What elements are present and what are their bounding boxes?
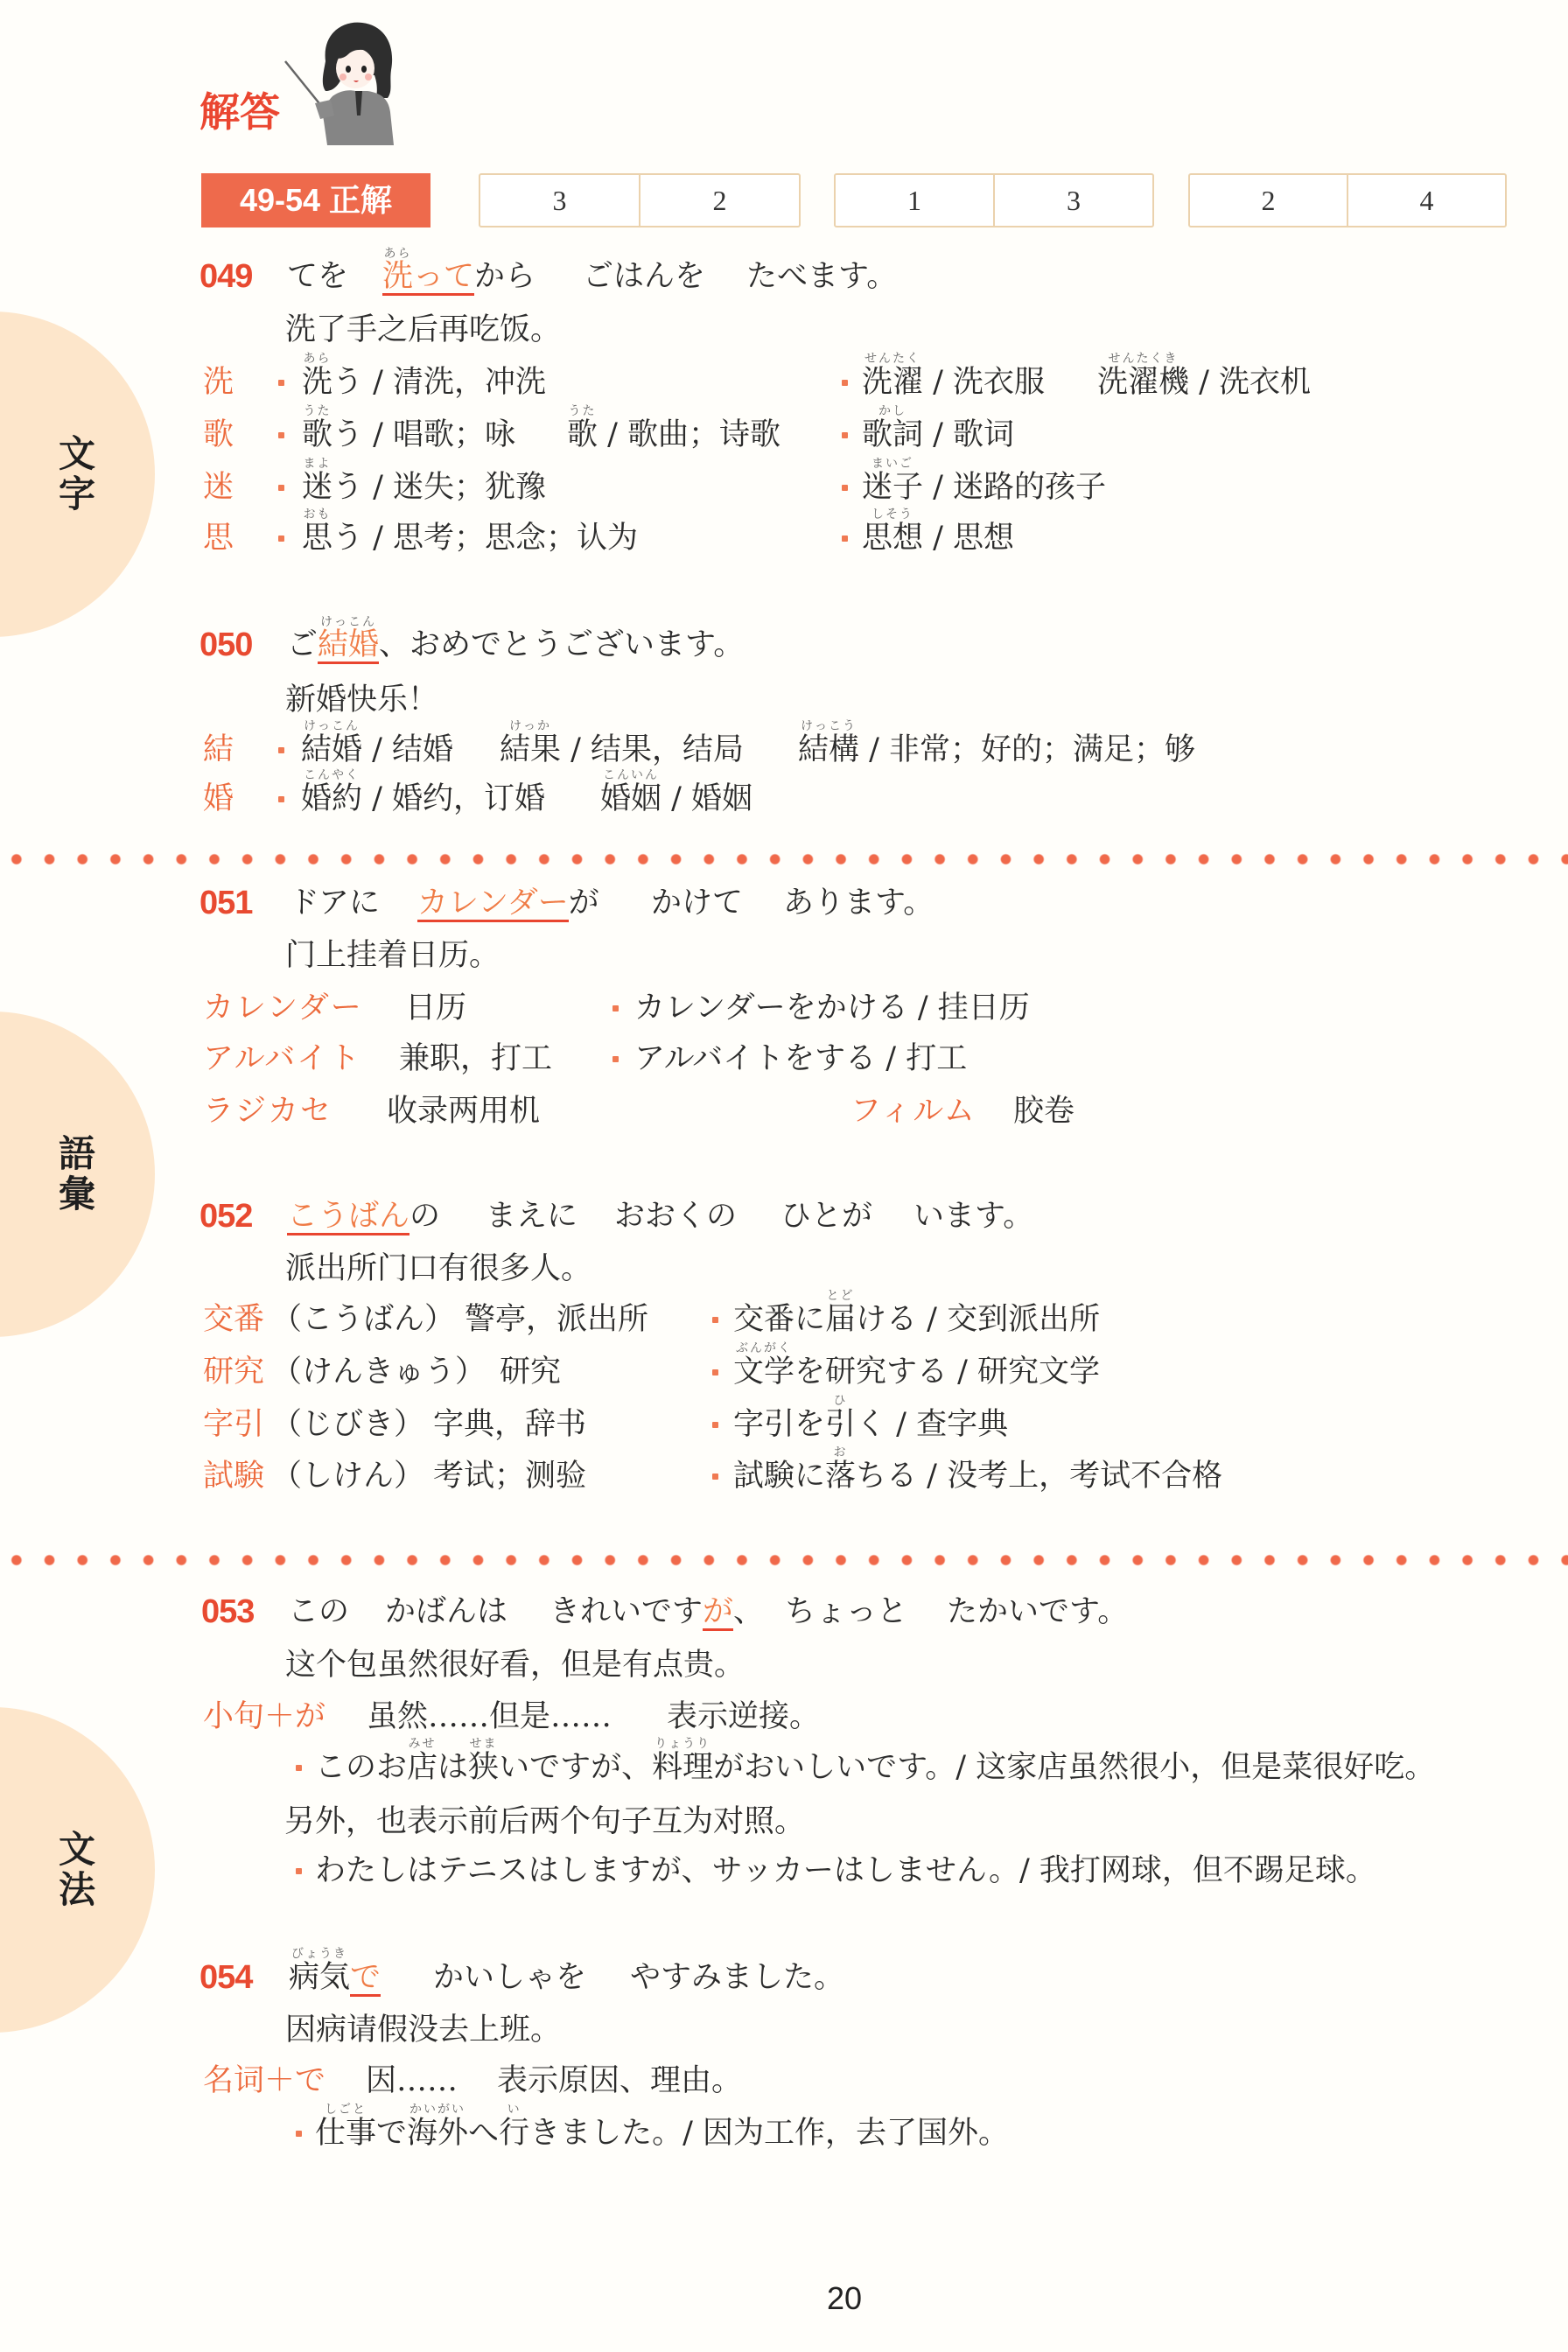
- sentence-word: 、: [733, 1594, 764, 1629]
- entry-word: 歌: [302, 417, 332, 452]
- grammar-meaning: 因……: [366, 2063, 458, 2098]
- bullet-icon: [296, 2131, 302, 2137]
- kanji-entry: せんたくき洗濯機 / 洗衣机: [1097, 365, 1311, 400]
- furigana: しごと: [325, 2103, 367, 2116]
- answer-051: 1: [836, 175, 993, 226]
- grammar-pattern: 小句＋が: [203, 1699, 325, 1734]
- vocab-example: 字引をひ引く / 查字典: [733, 1407, 1008, 1442]
- answer-054: 4: [1347, 175, 1505, 226]
- kanji-entry: おも思う / 思考；思念；认为: [302, 521, 638, 556]
- sentence-word: から: [474, 259, 535, 294]
- translation: 洗了手之后再吃饭。: [285, 312, 561, 347]
- answer-highlight: カレンダー: [417, 886, 569, 922]
- kanji-label: 結: [203, 732, 234, 767]
- sentence-word: の: [409, 1199, 440, 1234]
- example-kanji: 店: [407, 1750, 437, 1785]
- sentence-word: たかいです。: [947, 1594, 1128, 1629]
- grammar-example: わたしはテニスはしますが、サッカーはしません。/ 我打网球，但不踢足球。: [315, 1853, 1376, 1888]
- translation: 门上挂着日历。: [285, 938, 500, 973]
- answer-kanji: 結婚: [318, 627, 379, 662]
- entry-word: 結果: [500, 732, 561, 767]
- furigana: けっこん: [320, 616, 376, 628]
- vocab-meaning: 收录两用机: [387, 1094, 540, 1129]
- example-kanji: 仕事: [315, 2116, 376, 2151]
- vocab-term: アルバイト: [203, 1041, 361, 1076]
- entry-meaning: う / 迷失；犹豫: [332, 470, 546, 505]
- entry-meaning: / 洗衣服: [923, 365, 1045, 400]
- kanji-entry: あら洗う / 清洗，冲洗: [302, 365, 546, 400]
- example-text: いですが、: [499, 1750, 652, 1785]
- vocab-meaning: 日历: [405, 990, 466, 1025]
- bullet-icon: [278, 485, 284, 491]
- entry-meaning: / 结果，结局: [561, 732, 744, 767]
- entry-meaning: / 婚姻: [661, 781, 752, 816]
- kanji-entry: こんいん婚姻 / 婚姻: [600, 781, 752, 816]
- answer-053: 2: [1190, 175, 1347, 226]
- bullet-icon: [278, 432, 284, 438]
- answer-okurigana: って: [413, 259, 474, 294]
- kanji-label: 思: [203, 521, 234, 556]
- sentence-word: が: [569, 885, 599, 920]
- kanji-entry: まいご迷子 / 迷路的孩子: [862, 470, 1106, 505]
- vocab-example: 試験にお落ちる / 没考上，考试不合格: [733, 1459, 1222, 1494]
- answer-050: 2: [639, 175, 799, 226]
- kanji-entry: しそう思想 / 思想: [862, 521, 1014, 556]
- translation: 这个包虽然很好看，但是有点贵。: [285, 1648, 745, 1683]
- vocab-term: フィルム: [850, 1094, 976, 1129]
- entry-word: 結構: [798, 732, 859, 767]
- example-kanji: 行: [499, 2116, 529, 2151]
- kanji-entry: けっこん結婚 / 结婚: [301, 732, 453, 767]
- answer-highlight: が: [703, 1595, 733, 1631]
- furigana: けっこん: [304, 720, 360, 732]
- vocab-example: ぶんがく文学を研究する / 研究文学: [733, 1354, 1100, 1389]
- example-text: ける / 交到派出所: [856, 1302, 1100, 1337]
- teacher-illustration-icon: [280, 16, 407, 147]
- entry-meaning: う / 思考；思念；认为: [332, 521, 638, 556]
- furigana: けっこう: [801, 720, 857, 732]
- example-text: ちる / 没考上，考试不合格: [856, 1459, 1222, 1494]
- entry-meaning: / 歌词: [923, 417, 1014, 452]
- grammar-example: このおみせ店はせま狭いですが、りょうり料理がおいしいです。/ 这家店虽然很小，但…: [315, 1750, 1435, 1785]
- sentence-word: ドアに: [289, 885, 380, 920]
- page-number: 20: [822, 2279, 866, 2318]
- sentence-word: たべます。: [746, 259, 897, 294]
- vocab-meaning: 兼职，打工: [399, 1041, 552, 1076]
- entry-meaning: う / 唱歌；咏: [332, 417, 515, 452]
- furigana: まいご: [871, 458, 913, 470]
- vocab-reading: （じびき）: [271, 1407, 424, 1442]
- example-text: で: [376, 2116, 407, 2151]
- translation: 派出所门口有很多人。: [285, 1251, 591, 1286]
- vocab-term: 試験: [203, 1459, 264, 1494]
- sentence-word: 病気: [289, 1960, 350, 1995]
- furigana: びょうき: [291, 1948, 347, 1960]
- bullet-icon: [278, 796, 284, 802]
- entry-word: 思: [302, 521, 332, 556]
- answer-highlight: で: [350, 1961, 381, 1997]
- bullet-icon: [842, 535, 848, 542]
- example-kanji: 海外: [407, 2116, 468, 2151]
- sentence-answer: カレンダーが: [417, 885, 599, 920]
- answer-group-3: 2 4: [1188, 173, 1507, 227]
- sentence-answer: あら洗ってから: [382, 259, 535, 294]
- entry-word: 洗濯: [862, 365, 923, 400]
- entry-word: 迷子: [862, 470, 923, 505]
- sentence-word: かけて: [651, 885, 743, 920]
- answer-kanji: 洗: [382, 259, 413, 294]
- sentence-answer: びょうき病気で: [289, 1960, 381, 1995]
- entry-word: 婚約: [301, 781, 362, 816]
- answer-range-badge: 49-54 正解: [201, 173, 430, 227]
- example-kanji: 文学: [733, 1354, 794, 1389]
- example-kanji: 料理: [652, 1750, 713, 1785]
- furigana: こんやく: [304, 769, 360, 781]
- sentence-word: おおくの: [614, 1199, 737, 1234]
- entry-meaning: / 思想: [923, 521, 1014, 556]
- furigana: まよ: [304, 458, 332, 470]
- side-tab-goi-label: 語彙: [54, 1134, 94, 1214]
- furigana: けっか: [509, 720, 551, 732]
- furigana: せま: [470, 1738, 498, 1750]
- question-number: 050: [199, 627, 252, 662]
- sentence-word: かばんは: [385, 1594, 507, 1629]
- example-text: 字引を: [733, 1407, 825, 1442]
- vocab-example: アルバイトをする / 打工: [634, 1041, 967, 1076]
- entry-word: 婚姻: [600, 781, 661, 816]
- answer-group-1: 3 2: [479, 173, 801, 227]
- bullet-icon: [278, 747, 284, 753]
- entry-word: 歌詞: [862, 417, 923, 452]
- grammar-note: 表示逆接。: [667, 1699, 820, 1734]
- furigana: かいがい: [409, 2103, 465, 2116]
- bullet-icon: [612, 1056, 619, 1062]
- bullet-icon: [278, 535, 284, 542]
- vocab-term: 字引: [203, 1407, 264, 1442]
- entry-word: 洗: [302, 365, 332, 400]
- bullet-icon: [842, 380, 848, 386]
- sentence-word: きれいです: [549, 1594, 703, 1629]
- entry-word: 洗濯機: [1097, 365, 1189, 400]
- entry-word: 歌: [567, 417, 598, 452]
- entry-meaning: / 迷路的孩子: [923, 470, 1106, 505]
- kanji-entry: うた歌う / 唱歌；咏: [302, 417, 515, 452]
- vocab-meaning: 字典，辞书: [433, 1407, 586, 1442]
- furigana: うた: [304, 405, 332, 417]
- furigana: みせ: [409, 1738, 437, 1750]
- vocab-term: 研究: [203, 1354, 264, 1389]
- question-number: 053: [201, 1594, 254, 1629]
- grammar-note: 表示原因、理由。: [497, 2063, 742, 2098]
- furigana: しそう: [871, 508, 913, 521]
- entry-meaning: / 结婚: [362, 732, 453, 767]
- question-number: 049: [199, 259, 252, 294]
- furigana: せんたく: [864, 353, 920, 365]
- entry-meaning: / 歌曲；诗歌: [598, 417, 780, 452]
- kanji-entry: こんやく婚約 / 婚约，订婚: [301, 781, 545, 816]
- dotted-divider: [0, 1554, 1568, 1566]
- bullet-icon: [612, 1005, 619, 1011]
- vocab-term: 交番: [203, 1302, 264, 1337]
- sentence-word: ひとが: [780, 1199, 872, 1234]
- sentence: ごけっこん結婚、おめでとうございます。: [287, 627, 744, 662]
- vocab-reading: （こうばん）: [271, 1302, 455, 1337]
- vocab-example: カレンダーをかける / 挂日历: [634, 990, 1030, 1025]
- sentence-word: ごはんを: [583, 259, 705, 294]
- example-text: 交番に: [733, 1302, 825, 1337]
- bullet-icon: [842, 432, 848, 438]
- entry-word: 結婚: [301, 732, 362, 767]
- kanji-entry: まよ迷う / 迷失；犹豫: [302, 470, 546, 505]
- furigana: りょうり: [654, 1738, 710, 1750]
- furigana: かし: [878, 405, 906, 417]
- side-tab-bunpo-label: 文法: [54, 1830, 94, 1910]
- example-text: このお: [315, 1750, 407, 1785]
- bullet-icon: [712, 1369, 718, 1375]
- grammar-meaning: 虽然……但是……: [367, 1699, 612, 1734]
- entry-meaning: / 婚约，订婚: [362, 781, 545, 816]
- vocab-meaning: 胶卷: [1013, 1094, 1074, 1129]
- question-number: 052: [199, 1199, 252, 1234]
- example-text: く / 查字典: [856, 1407, 1008, 1442]
- dotted-divider: [0, 853, 1568, 865]
- sentence-answer: こうばんの: [287, 1199, 440, 1234]
- entry-word: 思想: [862, 521, 923, 556]
- kanji-entry: うた歌 / 歌曲；诗歌: [567, 417, 780, 452]
- page-title: 解答: [199, 87, 280, 136]
- entry-meaning: / 洗衣机: [1189, 365, 1311, 400]
- translation: 因病请假没去上班。: [285, 2012, 561, 2047]
- example-kanji: 落: [825, 1459, 856, 1494]
- bullet-icon: [712, 1473, 718, 1480]
- bullet-icon: [712, 1422, 718, 1428]
- bullet-icon: [296, 1765, 302, 1771]
- example-kanji: 狭: [468, 1750, 499, 1785]
- answer-052: 3: [993, 175, 1152, 226]
- example-kanji: 届: [825, 1302, 856, 1337]
- example-text: を研究する / 研究文学: [794, 1354, 1100, 1389]
- grammar-note-2: 另外，也表示前后两个句子互为对照。: [284, 1804, 805, 1839]
- grammar-example: しごと仕事でかいがい海外へい行きました。/ 因为工作，去了国外。: [315, 2116, 1009, 2151]
- vocab-meaning: 研究: [500, 1354, 561, 1389]
- example-text: 試験に: [733, 1459, 825, 1494]
- sentence-word: かいしゃを: [433, 1960, 586, 1995]
- sentence-word: まえに: [486, 1199, 577, 1234]
- sentence-word: やすみました。: [630, 1960, 844, 1995]
- grammar-pattern: 名词＋で: [203, 2063, 325, 2098]
- example-text: へ: [468, 2116, 499, 2151]
- vocab-term: ラジカセ: [203, 1094, 332, 1129]
- sentence-word: あります。: [783, 885, 934, 920]
- sentence-word: ご: [287, 627, 318, 662]
- vocab-reading: （けんきゅう）: [271, 1354, 486, 1389]
- question-number: 054: [199, 1960, 252, 1995]
- sentence-word: います。: [913, 1199, 1033, 1234]
- vocab-meaning: 考试；测验: [433, 1459, 586, 1494]
- answer-highlight: こうばん: [287, 1200, 409, 1235]
- example-text: がおいしいです。/ 这家店虽然很小，但是菜很好吃。: [713, 1750, 1435, 1785]
- vocab-reading: （しけん）: [271, 1459, 424, 1494]
- kanji-entry: せんたく洗濯 / 洗衣服: [862, 365, 1045, 400]
- kanji-entry: けっこう結構 / 非常；好的；满足；够: [798, 732, 1195, 767]
- sentence-answer: きれいですが、: [549, 1594, 764, 1629]
- furigana: おも: [304, 508, 332, 521]
- bullet-icon: [278, 380, 284, 386]
- furigana: あら: [304, 353, 332, 365]
- kanji-label: 歌: [203, 417, 234, 452]
- furigana: とど: [827, 1290, 855, 1302]
- bullet-icon: [296, 1868, 302, 1874]
- entry-meaning: う / 清洗，冲洗: [332, 365, 546, 400]
- kanji-label: 迷: [203, 470, 234, 505]
- furigana: こんいん: [603, 769, 659, 781]
- answer-group-2: 1 3: [834, 173, 1154, 227]
- furigana: ぶんがく: [736, 1342, 792, 1354]
- vocab-example: 交番にとど届ける / 交到派出所: [733, 1302, 1100, 1337]
- translation: 新婚快乐！: [285, 682, 438, 717]
- sentence-word: 、おめでとうございます。: [379, 627, 744, 662]
- furigana: お: [834, 1446, 848, 1459]
- vocab-meaning: 警亭，派出所: [465, 1302, 648, 1337]
- kanji-entry: かし歌詞 / 歌词: [862, 417, 1014, 452]
- example-text: は: [437, 1750, 468, 1785]
- kanji-label: 婚: [203, 781, 234, 816]
- sentence-word: ちょっと: [785, 1594, 907, 1629]
- vocab-term: カレンダー: [203, 990, 363, 1025]
- sentence-word: この: [288, 1594, 349, 1629]
- furigana: せんたくき: [1109, 353, 1179, 365]
- bullet-icon: [842, 485, 848, 491]
- answer-049: 3: [480, 175, 639, 226]
- side-tab-moji-label: 文字: [54, 434, 94, 514]
- question-number: 051: [199, 885, 252, 920]
- furigana: あら: [384, 248, 412, 260]
- furigana: い: [507, 2103, 521, 2116]
- entry-meaning: / 非常；好的；满足；够: [859, 732, 1195, 767]
- entry-word: 迷: [302, 470, 332, 505]
- example-text: きました。/ 因为工作，去了国外。: [529, 2116, 1009, 2151]
- furigana: うた: [569, 405, 597, 417]
- bullet-icon: [712, 1317, 718, 1323]
- kanji-entry: けっか結果 / 结果，结局: [500, 732, 744, 767]
- answer-highlight: あら洗って: [382, 260, 474, 296]
- example-kanji: 引: [825, 1407, 856, 1442]
- answer-highlight: けっこん結婚: [318, 628, 379, 664]
- sentence-word: てを: [287, 259, 348, 294]
- furigana: ひ: [834, 1395, 848, 1407]
- kanji-label: 洗: [203, 365, 234, 400]
